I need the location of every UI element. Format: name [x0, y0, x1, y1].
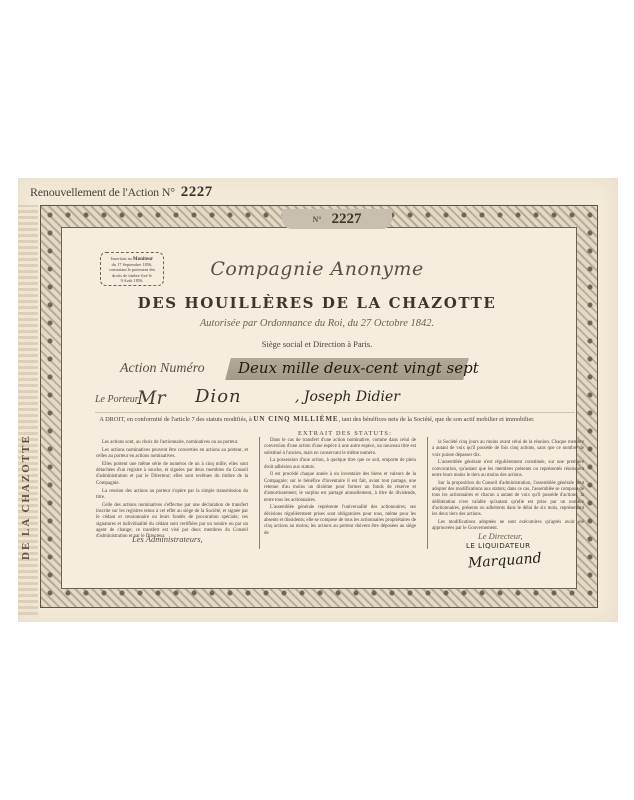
renewal-header: Renouvellement de l'Action N°2227 — [30, 184, 213, 201]
bearer-label: Le Porteur — [95, 394, 139, 405]
statute-paragraph: La cession des actions au porteur s'opèr… — [96, 489, 248, 502]
rights-emphasis: UN CINQ MILLIÈME — [253, 415, 338, 423]
company-script-title: Compagnie Anonyme — [0, 258, 634, 280]
statute-paragraph: La possession d'une action, à quelque ti… — [264, 458, 416, 471]
director-signature-label: Le Directeur, — [478, 531, 523, 541]
statute-paragraph: Il est procédé chaque année à un inventa… — [264, 472, 416, 503]
registered-seat: Siège social et Direction à Paris. — [0, 339, 634, 349]
renewal-label: Renouvellement de l'Action N° — [30, 185, 175, 199]
number-cartouche: N° 2227 — [282, 209, 392, 229]
liquidator-stamp: LE LIQUIDATEUR — [466, 541, 531, 550]
action-number-handwritten: Deux mille deux-cent vingt sept — [238, 359, 479, 377]
bearer-row: Le Porteur Mr Dion , Joseph Didier — [95, 388, 575, 413]
bearer-first-names: , Joseph Didier — [295, 389, 400, 405]
statute-paragraph: Les actions sont, au choix de l'actionna… — [96, 440, 248, 446]
statutes-column-2: Dans le cas de transfert d'une action no… — [264, 438, 416, 538]
authorization-line: Autorisée par Ordonnance du Roi, du 27 O… — [0, 318, 634, 329]
renewal-number: 2227 — [181, 184, 213, 200]
cartouche-prefix: N° — [313, 215, 322, 224]
rights-statement: A DROIT, en conformité de l'article 7 de… — [0, 415, 634, 423]
stub-text: DE LA CHAZOTTE — [20, 544, 32, 560]
statute-paragraph: L'assemblée générale représente l'univer… — [264, 505, 416, 536]
administrators-signature-label: Les Administrateurs, — [132, 534, 203, 544]
statutes-column-1: Les actions sont, au choix de l'actionna… — [96, 440, 248, 542]
statute-paragraph: Elles portent une même série de numéros … — [96, 462, 248, 487]
cartouche-number: 2227 — [331, 211, 361, 228]
statute-paragraph: Sur la proposition du Conseil d'administ… — [432, 481, 584, 519]
bearer-surname: Dion — [195, 386, 242, 407]
statute-paragraph: la Société cinq jours au moins avant cel… — [432, 440, 584, 459]
statute-paragraph: Dans le cas de transfert d'une action no… — [264, 438, 416, 457]
rights-suffix: , tant des bénéfices nets de la Société,… — [339, 416, 535, 423]
company-name: DES HOUILLÈRES DE LA CHAZOTTE — [0, 294, 634, 312]
statute-paragraph: L'assemblée générale n'est régulièrement… — [432, 460, 584, 479]
action-label: Action Numéro — [120, 361, 205, 377]
statute-paragraph: Les actions nominatives peuvent être con… — [96, 448, 248, 461]
action-number-row: Action Numéro Deux mille deux-cent vingt… — [120, 358, 580, 382]
bearer-title: Mr — [137, 387, 166, 409]
statutes-extract-title: EXTRAIT DES STATUTS: — [282, 430, 408, 437]
rights-prefix: A DROIT, en conformité de l'article 7 de… — [99, 416, 251, 423]
column-divider — [259, 437, 260, 549]
statutes-column-3: la Société cinq jours au moins avant cel… — [432, 440, 584, 534]
column-divider — [427, 437, 428, 549]
